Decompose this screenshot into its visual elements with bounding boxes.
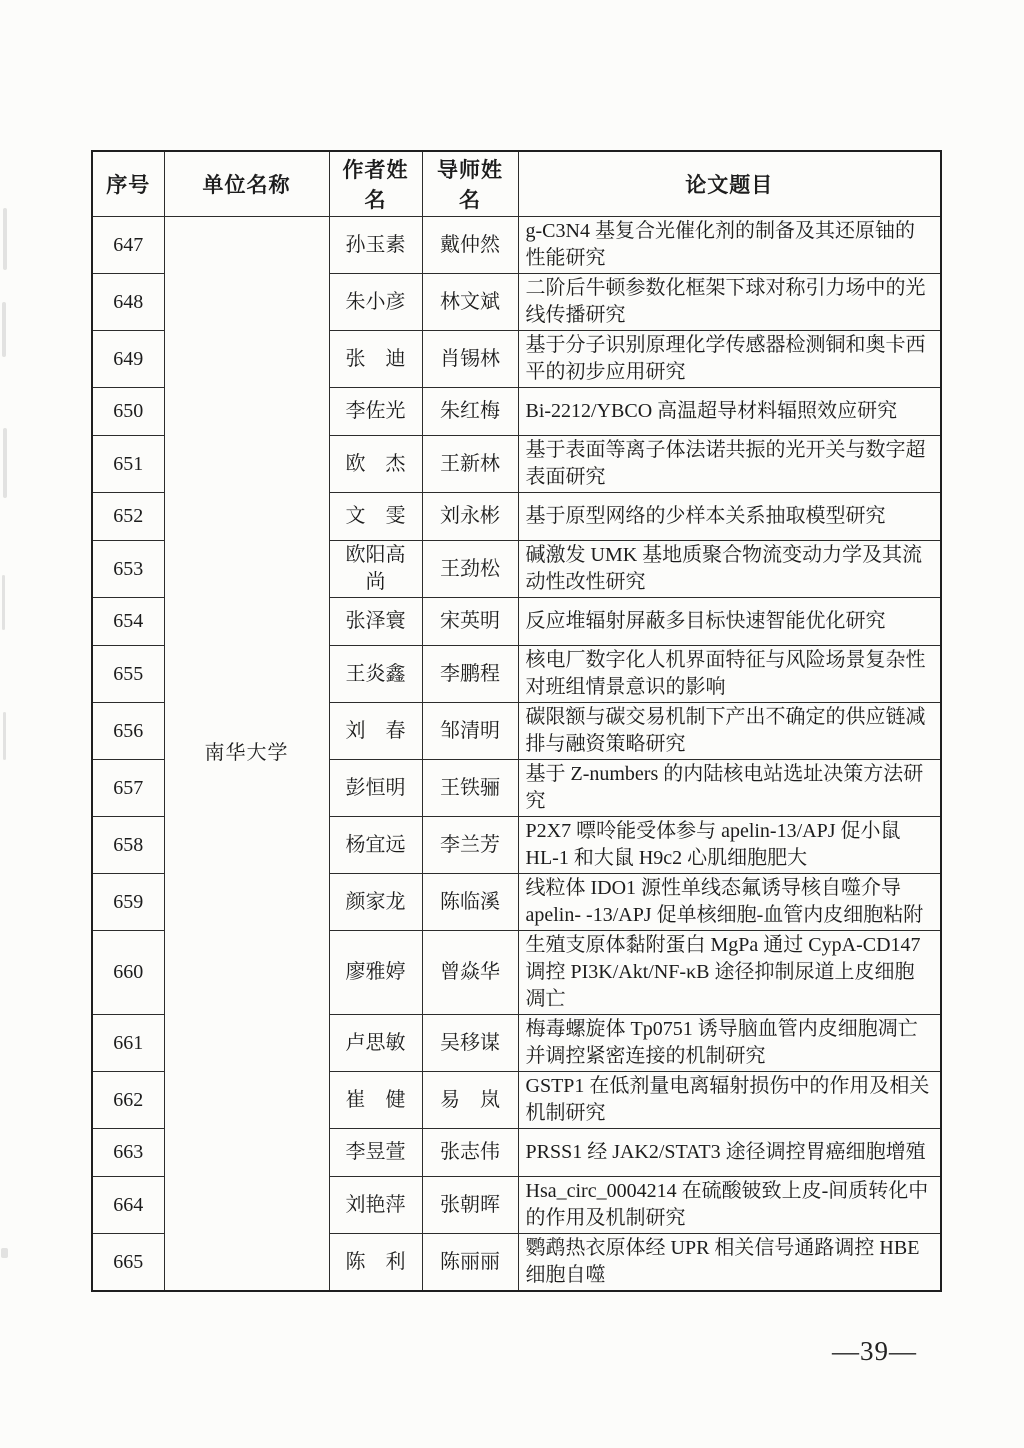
row-thesis-title: g-C3N4 基复合光催化剂的制备及其还原铀的性能研究 [518, 217, 941, 274]
row-advisor-name: 陈丽丽 [422, 1234, 518, 1292]
row-serial-number: 648 [92, 274, 164, 331]
row-serial-number: 663 [92, 1129, 164, 1177]
row-advisor-name: 张朝晖 [422, 1177, 518, 1234]
row-advisor-name: 李鹏程 [422, 646, 518, 703]
row-advisor-name: 张志伟 [422, 1129, 518, 1177]
header-advisor-name: 导师姓名 [422, 151, 518, 217]
row-serial-number: 656 [92, 703, 164, 760]
row-advisor-name: 刘永彬 [422, 493, 518, 541]
row-author-name: 孙玉素 [329, 217, 422, 274]
row-advisor-name: 邹清明 [422, 703, 518, 760]
row-thesis-title: 生殖支原体黏附蛋白 MgPa 通过 CypA-CD147 调控 PI3K/Akt… [518, 931, 941, 1015]
row-author-name: 颜家龙 [329, 874, 422, 931]
page-number: —39— [832, 1336, 917, 1367]
row-author-name: 张泽寰 [329, 598, 422, 646]
row-serial-number: 659 [92, 874, 164, 931]
scan-artifact [3, 208, 7, 270]
row-serial-number: 652 [92, 493, 164, 541]
row-thesis-title: PRSS1 经 JAK2/STAT3 途径调控胃癌细胞增殖 [518, 1129, 941, 1177]
row-thesis-title: Hsa_circ_0004214 在硫酸铍致上皮-间质转化中的作用及机制研究 [518, 1177, 941, 1234]
row-thesis-title: 线粒体 IDO1 源性单线态氟诱导核自噬介导 apelin- -13/APJ 促… [518, 874, 941, 931]
scan-artifact [2, 575, 5, 630]
row-author-name: 王炎鑫 [329, 646, 422, 703]
row-serial-number: 661 [92, 1015, 164, 1072]
scan-artifact [1, 1248, 8, 1258]
header-serial-number: 序号 [92, 151, 164, 217]
institution-cell: 南华大学 [164, 217, 329, 1292]
row-thesis-title: 基于 Z-numbers 的内陆核电站选址决策方法研究 [518, 760, 941, 817]
row-serial-number: 664 [92, 1177, 164, 1234]
row-author-name: 欧 杰 [329, 436, 422, 493]
row-author-name: 杨宜远 [329, 817, 422, 874]
row-serial-number: 658 [92, 817, 164, 874]
row-advisor-name: 朱红梅 [422, 388, 518, 436]
row-author-name: 廖雅婷 [329, 931, 422, 1015]
row-thesis-title: 基于原型网络的少样本关系抽取模型研究 [518, 493, 941, 541]
row-advisor-name: 李兰芳 [422, 817, 518, 874]
row-serial-number: 665 [92, 1234, 164, 1292]
row-advisor-name: 林文斌 [422, 274, 518, 331]
row-advisor-name: 王铁骊 [422, 760, 518, 817]
row-serial-number: 654 [92, 598, 164, 646]
row-serial-number: 650 [92, 388, 164, 436]
row-thesis-title: 二阶后牛顿参数化框架下球对称引力场中的光线传播研究 [518, 274, 941, 331]
row-author-name: 刘 春 [329, 703, 422, 760]
row-thesis-title: 鹦鹉热衣原体经 UPR 相关信号通路调控 HBE 细胞自噬 [518, 1234, 941, 1292]
scan-artifact [3, 712, 6, 760]
table-header-row: 序号 单位名称 作者姓名 导师姓名 论文题目 [92, 151, 941, 217]
row-advisor-name: 陈临溪 [422, 874, 518, 931]
row-author-name: 文 雯 [329, 493, 422, 541]
row-author-name: 李昱萱 [329, 1129, 422, 1177]
row-advisor-name: 曾焱华 [422, 931, 518, 1015]
row-serial-number: 647 [92, 217, 164, 274]
row-advisor-name: 易 岚 [422, 1072, 518, 1129]
row-serial-number: 662 [92, 1072, 164, 1129]
row-thesis-title: 基于分子识别原理化学传感器检测铜和奥卡西平的初步应用研究 [518, 331, 941, 388]
row-serial-number: 657 [92, 760, 164, 817]
row-advisor-name: 王新林 [422, 436, 518, 493]
document-page: 序号 单位名称 作者姓名 导师姓名 论文题目 647 南华大学孙玉素 戴仲然 g… [0, 0, 1024, 1448]
row-thesis-title: 梅毒螺旋体 Tp0751 诱导脑血管内皮细胞凋亡并调控紧密连接的机制研究 [518, 1015, 941, 1072]
row-thesis-title: Bi-2212/YBCO 高温超导材料辐照效应研究 [518, 388, 941, 436]
row-serial-number: 655 [92, 646, 164, 703]
row-serial-number: 649 [92, 331, 164, 388]
thesis-table: 序号 单位名称 作者姓名 导师姓名 论文题目 647 南华大学孙玉素 戴仲然 g… [91, 150, 942, 1292]
header-author-name: 作者姓名 [329, 151, 422, 217]
row-thesis-title: 碳限额与碳交易机制下产出不确定的供应链减排与融资策略研究 [518, 703, 941, 760]
row-advisor-name: 肖锡林 [422, 331, 518, 388]
row-thesis-title: P2X7 嘌呤能受体参与 apelin-13/APJ 促小鼠 HL-1 和大鼠 … [518, 817, 941, 874]
scan-artifact [3, 428, 7, 498]
row-author-name: 刘艳萍 [329, 1177, 422, 1234]
scan-artifact [2, 302, 6, 357]
row-thesis-title: GSTP1 在低剂量电离辐射损伤中的作用及相关机制研究 [518, 1072, 941, 1129]
row-thesis-title: 反应堆辐射屏蔽多目标快速智能优化研究 [518, 598, 941, 646]
header-institution: 单位名称 [164, 151, 329, 217]
row-thesis-title: 碱激发 UMK 基地质聚合物流变动力学及其流动性改性研究 [518, 541, 941, 598]
row-author-name: 卢思敏 [329, 1015, 422, 1072]
row-thesis-title: 核电厂数字化人机界面特征与风险场景复杂性对班组情景意识的影响 [518, 646, 941, 703]
row-author-name: 崔 健 [329, 1072, 422, 1129]
row-advisor-name: 戴仲然 [422, 217, 518, 274]
row-serial-number: 651 [92, 436, 164, 493]
row-author-name: 朱小彦 [329, 274, 422, 331]
row-advisor-name: 王劲松 [422, 541, 518, 598]
row-author-name: 陈 利 [329, 1234, 422, 1292]
header-thesis-title: 论文题目 [518, 151, 941, 217]
row-thesis-title: 基于表面等离子体法诺共振的光开关与数字超表面研究 [518, 436, 941, 493]
row-author-name: 李佐光 [329, 388, 422, 436]
row-author-name: 彭恒明 [329, 760, 422, 817]
table-row: 647 南华大学孙玉素 戴仲然 g-C3N4 基复合光催化剂的制备及其还原铀的性… [92, 217, 941, 274]
row-advisor-name: 吴移谋 [422, 1015, 518, 1072]
row-author-name: 欧阳高尚 [329, 541, 422, 598]
row-author-name: 张 迪 [329, 331, 422, 388]
row-serial-number: 660 [92, 931, 164, 1015]
row-advisor-name: 宋英明 [422, 598, 518, 646]
row-serial-number: 653 [92, 541, 164, 598]
